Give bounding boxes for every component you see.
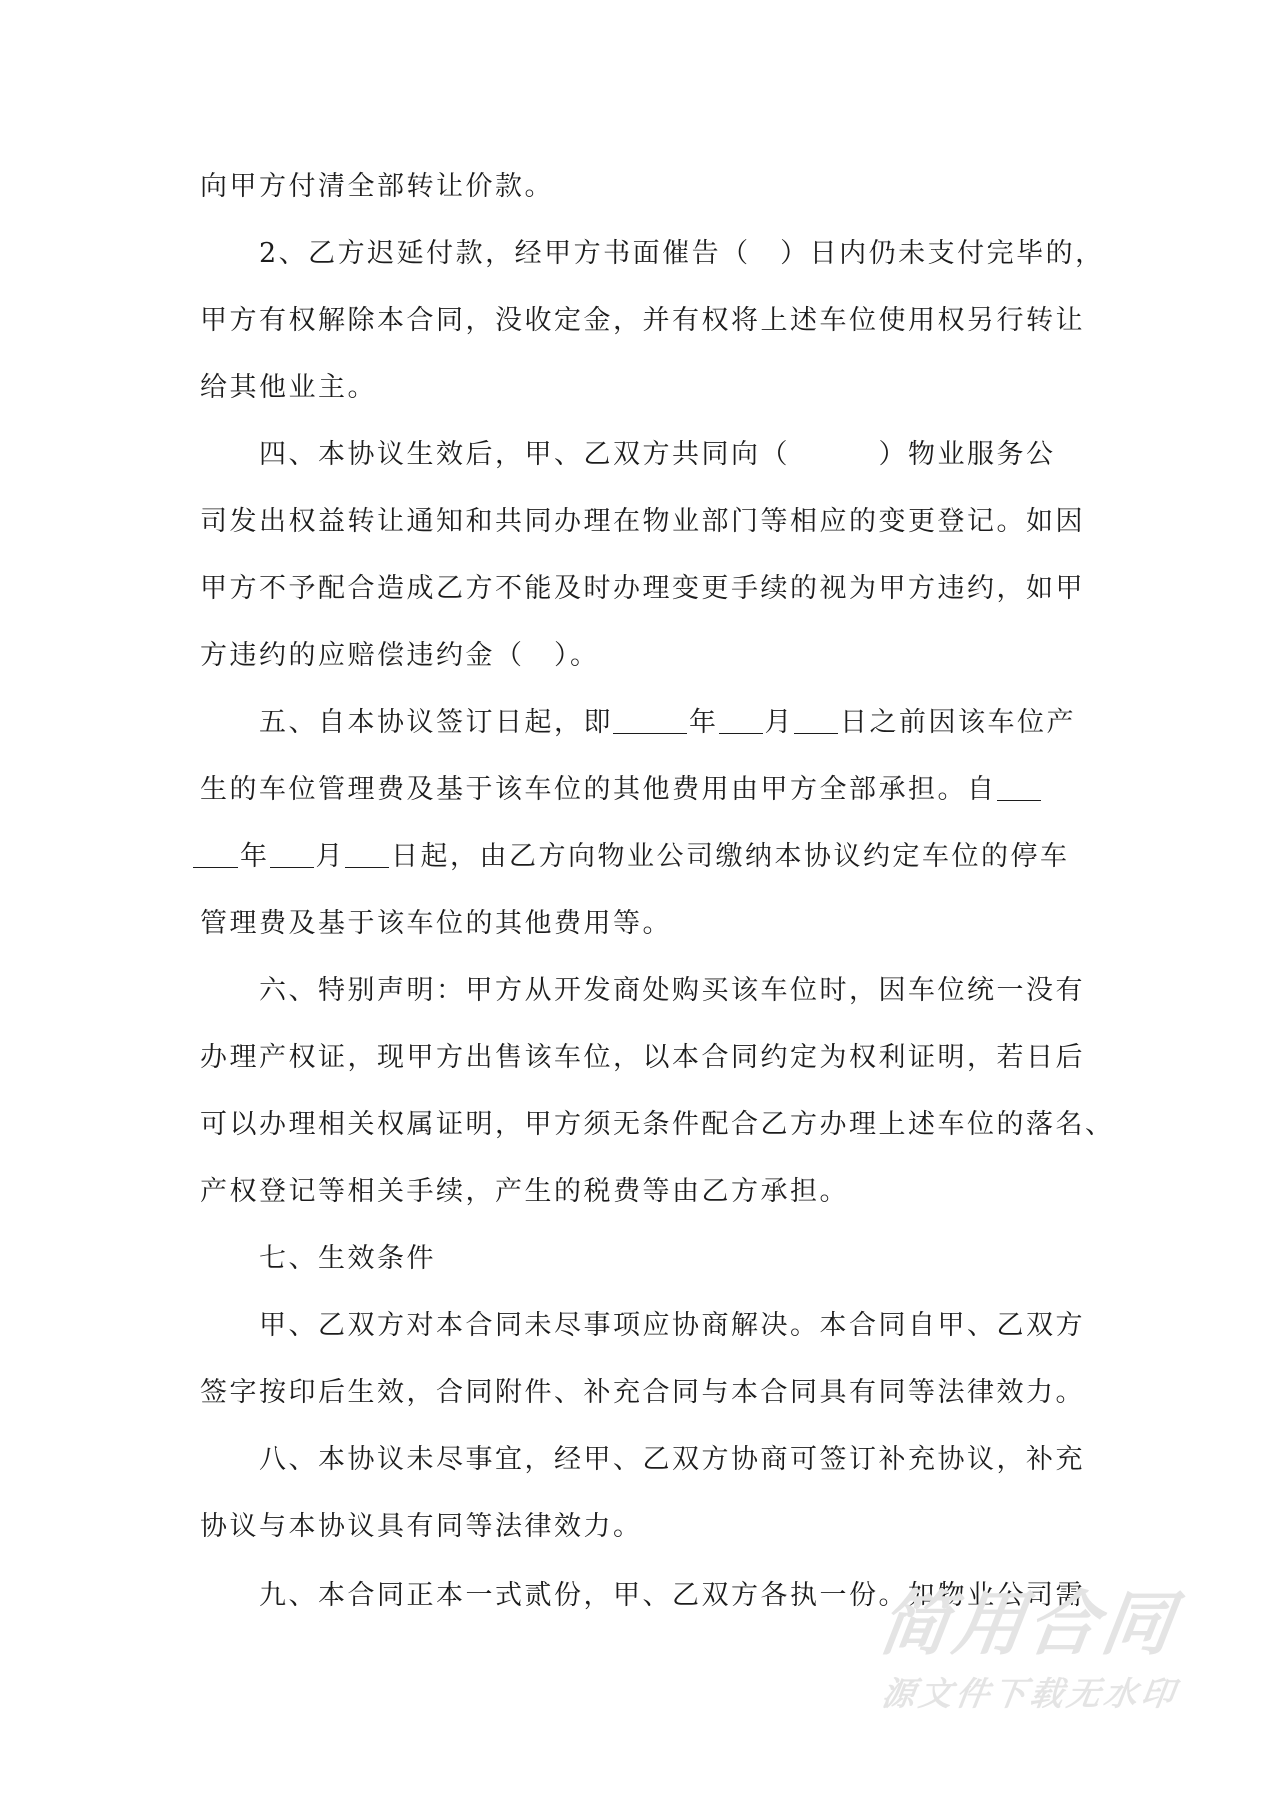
text-line: 甲方不予配合造成乙方不能及时办理变更手续的视为甲方违约，如甲: [200, 569, 1085, 609]
month-label: 月: [765, 707, 795, 738]
clause-5-text-b: 日之前因该车位产: [840, 707, 1076, 738]
year-blank[interactable]: [613, 703, 687, 734]
text-line: 管理费及基于该车位的其他费用等。: [200, 904, 672, 944]
clause-8-line: 八、本协议未尽事宜，经甲、乙双方协商可签订补充协议，补充: [259, 1440, 1085, 1480]
day-blank[interactable]: [794, 703, 838, 734]
clause-5-text-d: 日起，由乙方向物业公司缴纳本协议约定车位的停车: [391, 841, 1070, 872]
text-line: 产权登记等相关手续，产生的税费等由乙方承担。: [200, 1172, 849, 1212]
month-label: 月: [316, 841, 346, 872]
text-line: 协议与本协议具有同等法律效力。: [200, 1507, 643, 1547]
text-line: 方违约的应赔偿违约金（ ）。: [200, 636, 600, 676]
year-label: 年: [240, 841, 270, 872]
clause-5-text-c: 生的车位管理费及基于该车位的其他费用由甲方全部承担。自: [200, 774, 997, 805]
clause-2-line: 2、乙方迟延付款，经甲方书面催告（ ）日内仍未支付完毕的，: [259, 234, 1105, 274]
clause-9-line: 九、本合同正本一式贰份，甲、乙双方各执一份。如物业公司需: [259, 1576, 1085, 1616]
text-line: 向甲方付清全部转让价款。: [200, 167, 554, 207]
text-line: 司发出权益转让通知和共同办理在物业部门等相应的变更登记。如因: [200, 502, 1085, 542]
text-line: 办理产权证，现甲方出售该车位，以本合同约定为权利证明，若日后: [200, 1038, 1085, 1078]
clause-6-line: 六、特别声明：甲方从开发商处购买该车位时，因车位统一没有: [259, 971, 1085, 1011]
year-label: 年: [689, 707, 719, 738]
text-line: 甲方有权解除本合同，没收定金，并有权将上述车位使用权另行转让: [200, 301, 1085, 341]
text-line: 生的车位管理费及基于该车位的其他费用由甲方全部承担。自: [200, 770, 1043, 810]
text-line: 给其他业主。: [200, 368, 377, 408]
clause-7-heading: 七、生效条件: [259, 1239, 436, 1279]
year-blank-part[interactable]: [997, 770, 1041, 801]
clause-5-line: 五、自本协议签订日起，即年月日之前因该车位产: [259, 703, 1076, 743]
month-blank[interactable]: [719, 703, 763, 734]
clause-5-text-a: 五、自本协议签订日起，即: [259, 707, 613, 738]
text-line: 可以办理相关权属证明，甲方须无条件配合乙方办理上述车位的落名、: [200, 1105, 1115, 1145]
clause-7-line: 甲、乙双方对本合同未尽事项应协商解决。本合同自甲、乙双方: [259, 1306, 1085, 1346]
text-line: 签字按印后生效，合同附件、补充合同与本合同具有同等法律效力。: [200, 1373, 1085, 1413]
month-blank[interactable]: [270, 837, 314, 868]
year-blank-cont[interactable]: [193, 837, 238, 868]
clause-4-line: 四、本协议生效后，甲、乙双方共同向（ ）物业服务公: [259, 435, 1056, 475]
document-page: 向甲方付清全部转让价款。 2、乙方迟延付款，经甲方书面催告（ ）日内仍未支付完毕…: [0, 0, 1280, 1810]
day-blank[interactable]: [345, 837, 389, 868]
text-line: 年月日起，由乙方向物业公司缴纳本协议约定车位的停车: [193, 837, 1070, 877]
watermark-caption: 源文件下载无水印: [879, 1674, 1181, 1714]
